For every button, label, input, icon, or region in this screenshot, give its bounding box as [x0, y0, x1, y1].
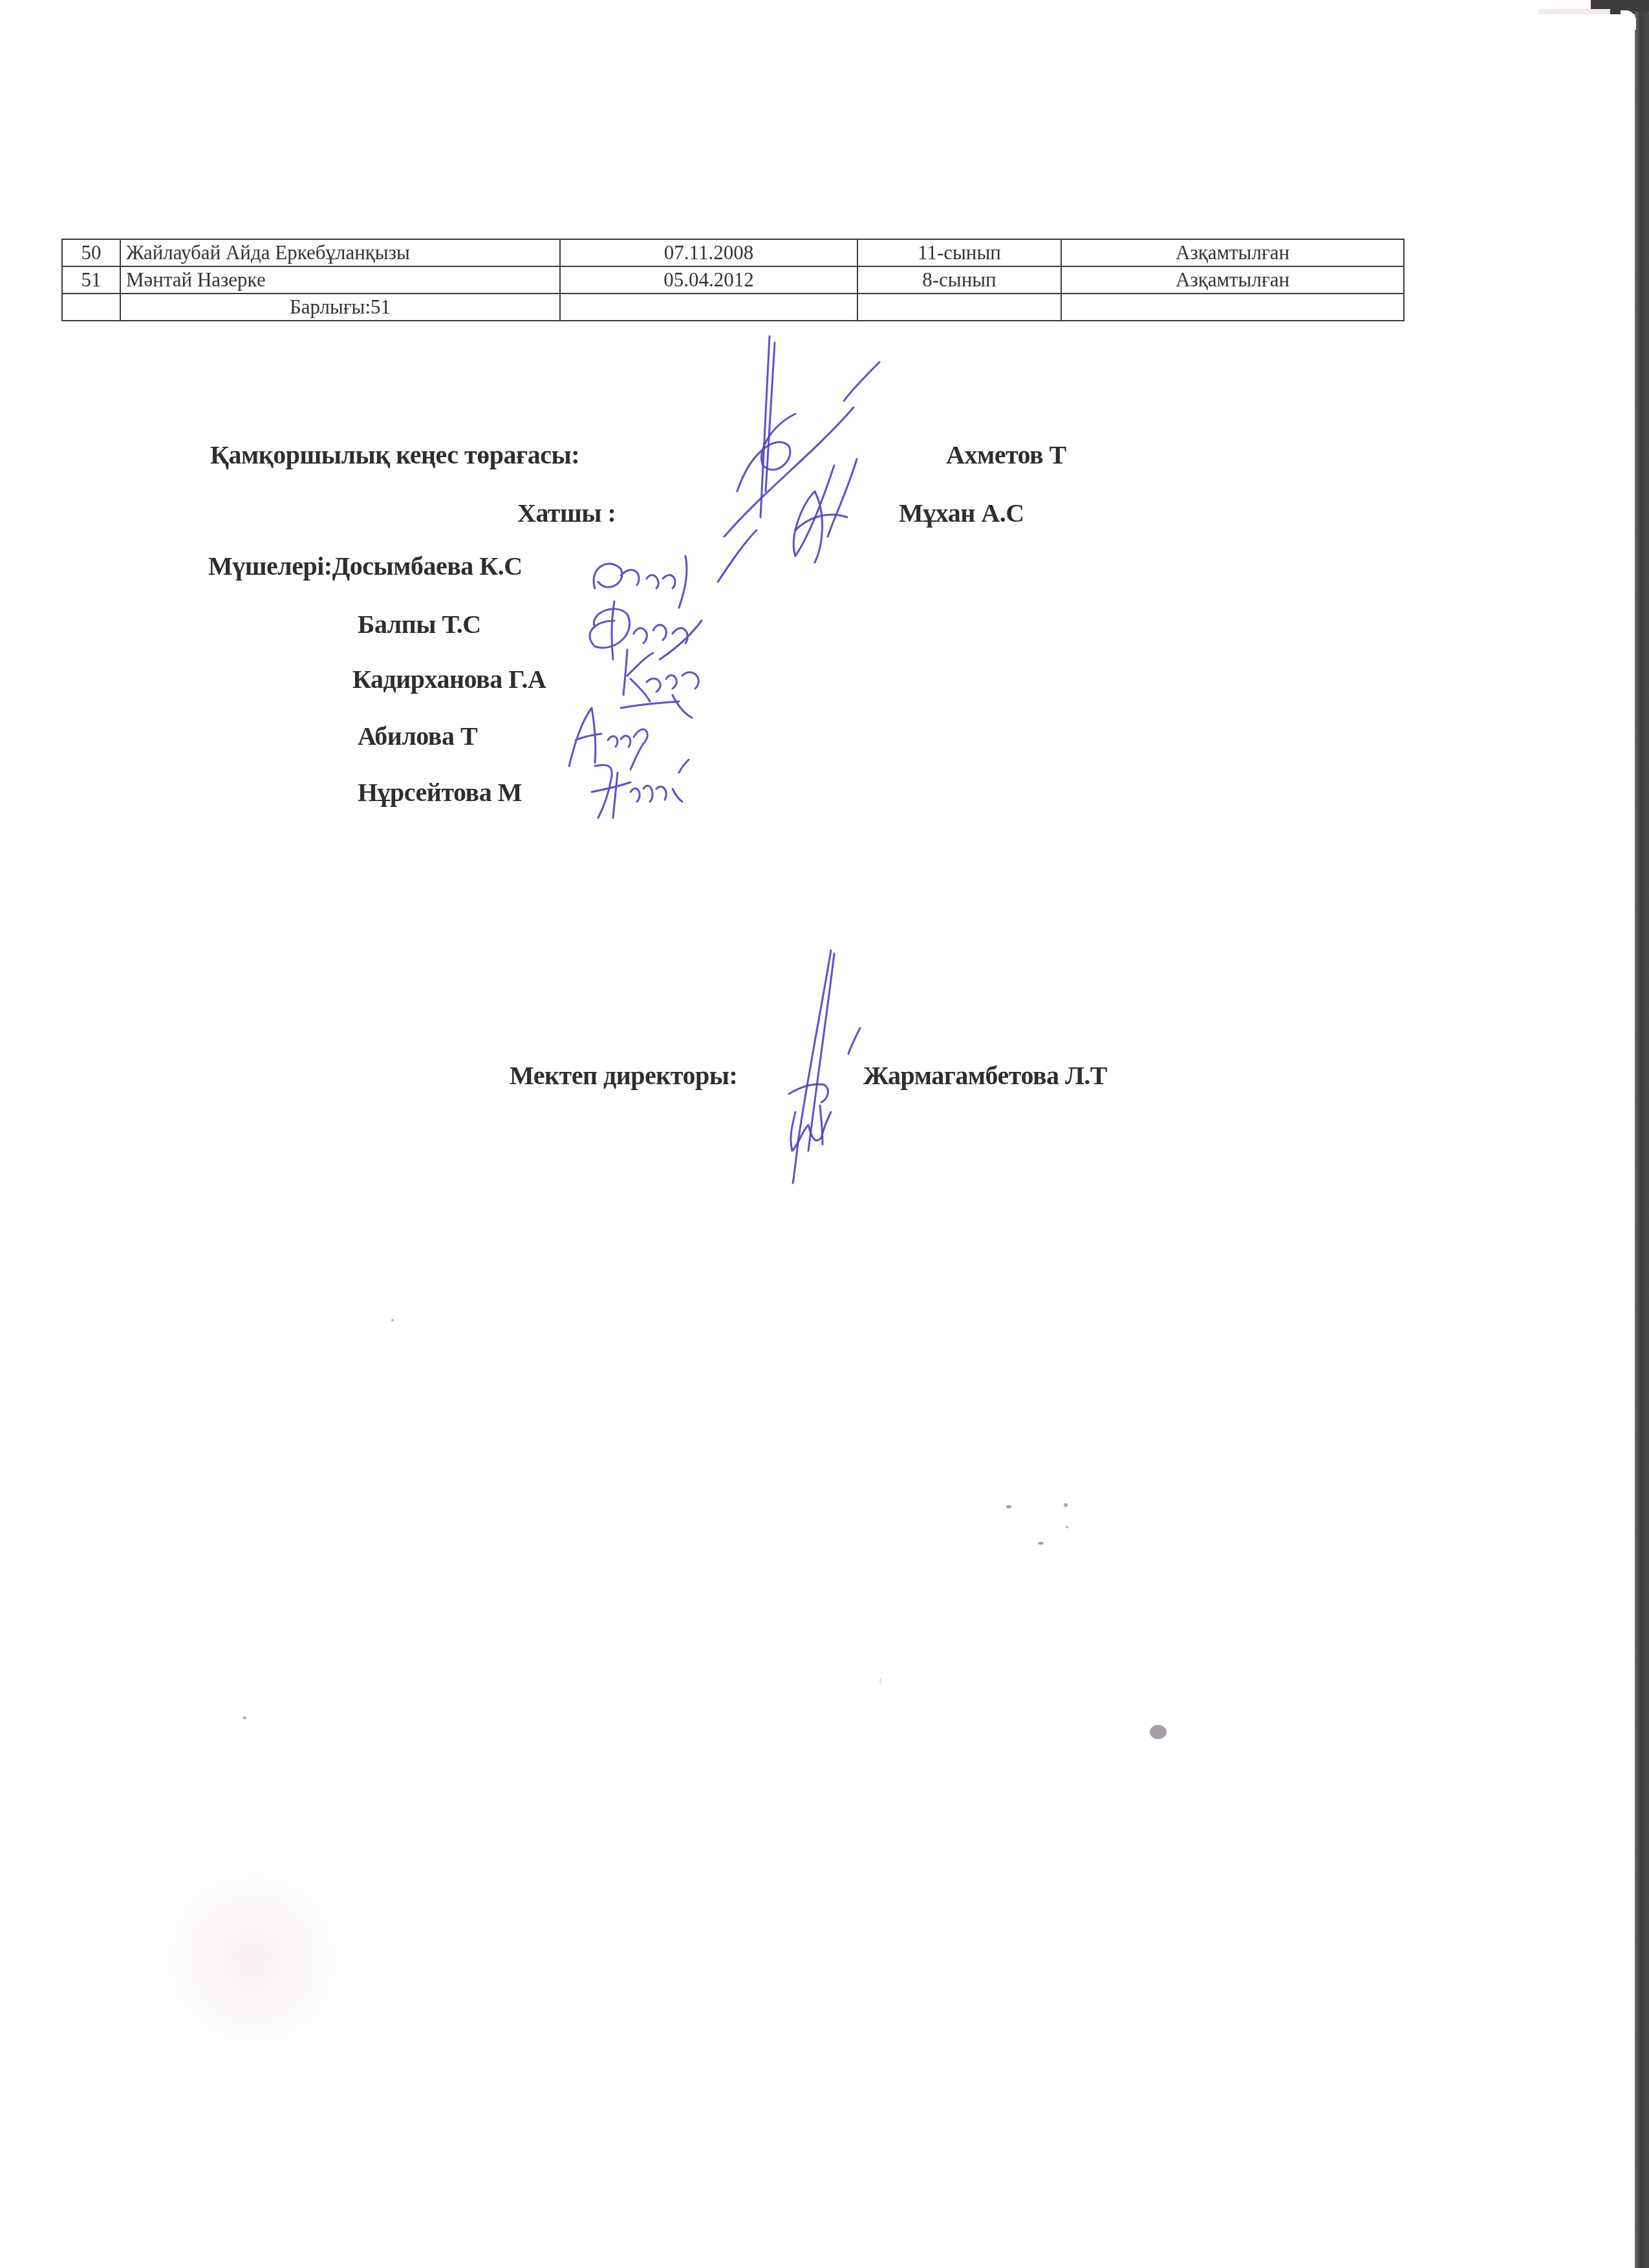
members-line: Мүшелері:Досымбаева К.С: [208, 551, 523, 581]
row-number: 50: [62, 239, 120, 266]
total-number: [62, 294, 120, 321]
scan-artifact: [879, 1678, 881, 1684]
member-name: Кадирханова Г.А: [352, 664, 546, 694]
members-label: Мүшелері:: [208, 551, 332, 581]
scan-artifact: [1539, 9, 1610, 14]
total-grade: [857, 294, 1061, 321]
chair-role: Қамқоршылық кеңес төрағасы:: [210, 440, 579, 470]
scan-artifact: [242, 1717, 246, 1719]
status: Азқамтылған: [1061, 239, 1404, 266]
chair-name: Ахметов Т: [946, 440, 1066, 470]
status: Азқамтылған: [1061, 266, 1404, 294]
member-name: Балпы Т.С: [358, 609, 481, 639]
grade: 8-сынып: [857, 266, 1061, 294]
table-row: 50 Жайлаубай Айда Еркебұланқызы 07.11.20…: [62, 239, 1404, 266]
member-signature-icon: [582, 753, 692, 824]
table-row: 51 Мәнтай Назерке 05.04.2012 8-сынып Азқ…: [62, 266, 1404, 294]
member-signature-icon: [582, 543, 724, 614]
secretary-name: Мұхан А.С: [899, 498, 1024, 528]
grade: 11-сынып: [857, 239, 1061, 266]
student-name: Мәнтай Назерке: [120, 266, 560, 294]
scan-artifact: [1064, 1503, 1068, 1507]
faded-stamp: [168, 1862, 336, 2056]
director-name: Жармагамбетова Л.Т: [863, 1060, 1107, 1091]
scan-artifact: [1038, 1542, 1044, 1545]
member-name: Нұрсейтова М: [358, 777, 522, 808]
director-role: Мектеп директоры:: [510, 1060, 737, 1091]
member-signature-icon: [576, 595, 705, 666]
students-table: 50 Жайлаубай Айда Еркебұланқызы 07.11.20…: [61, 239, 1405, 321]
scan-artifact: [1150, 1725, 1167, 1739]
row-number: 51: [62, 266, 120, 294]
chair-secretary-signature-icon: [698, 323, 905, 595]
scan-artifact: [1066, 1526, 1069, 1528]
table-total-row: Барлығы:51: [62, 294, 1404, 321]
member-name: Досымбаева К.С: [332, 551, 523, 581]
secretary-role: Хатшы :: [517, 498, 616, 528]
birth-date: 07.11.2008: [560, 239, 857, 266]
director-signature-icon: [763, 944, 879, 1190]
member-signature-icon: [601, 643, 711, 721]
scan-artifact: [1006, 1505, 1011, 1508]
member-name: Абилова Т: [358, 721, 477, 751]
member-signature-icon: [556, 701, 673, 773]
total-label: Барлығы:51: [120, 294, 560, 321]
birth-date: 05.04.2012: [560, 266, 857, 294]
student-name: Жайлаубай Айда Еркебұланқызы: [120, 239, 560, 266]
scan-artifact: [391, 1319, 394, 1321]
scanner-frame-edge: [1635, 12, 1649, 2268]
total-status: [1061, 294, 1404, 321]
total-birth-date: [560, 294, 857, 321]
